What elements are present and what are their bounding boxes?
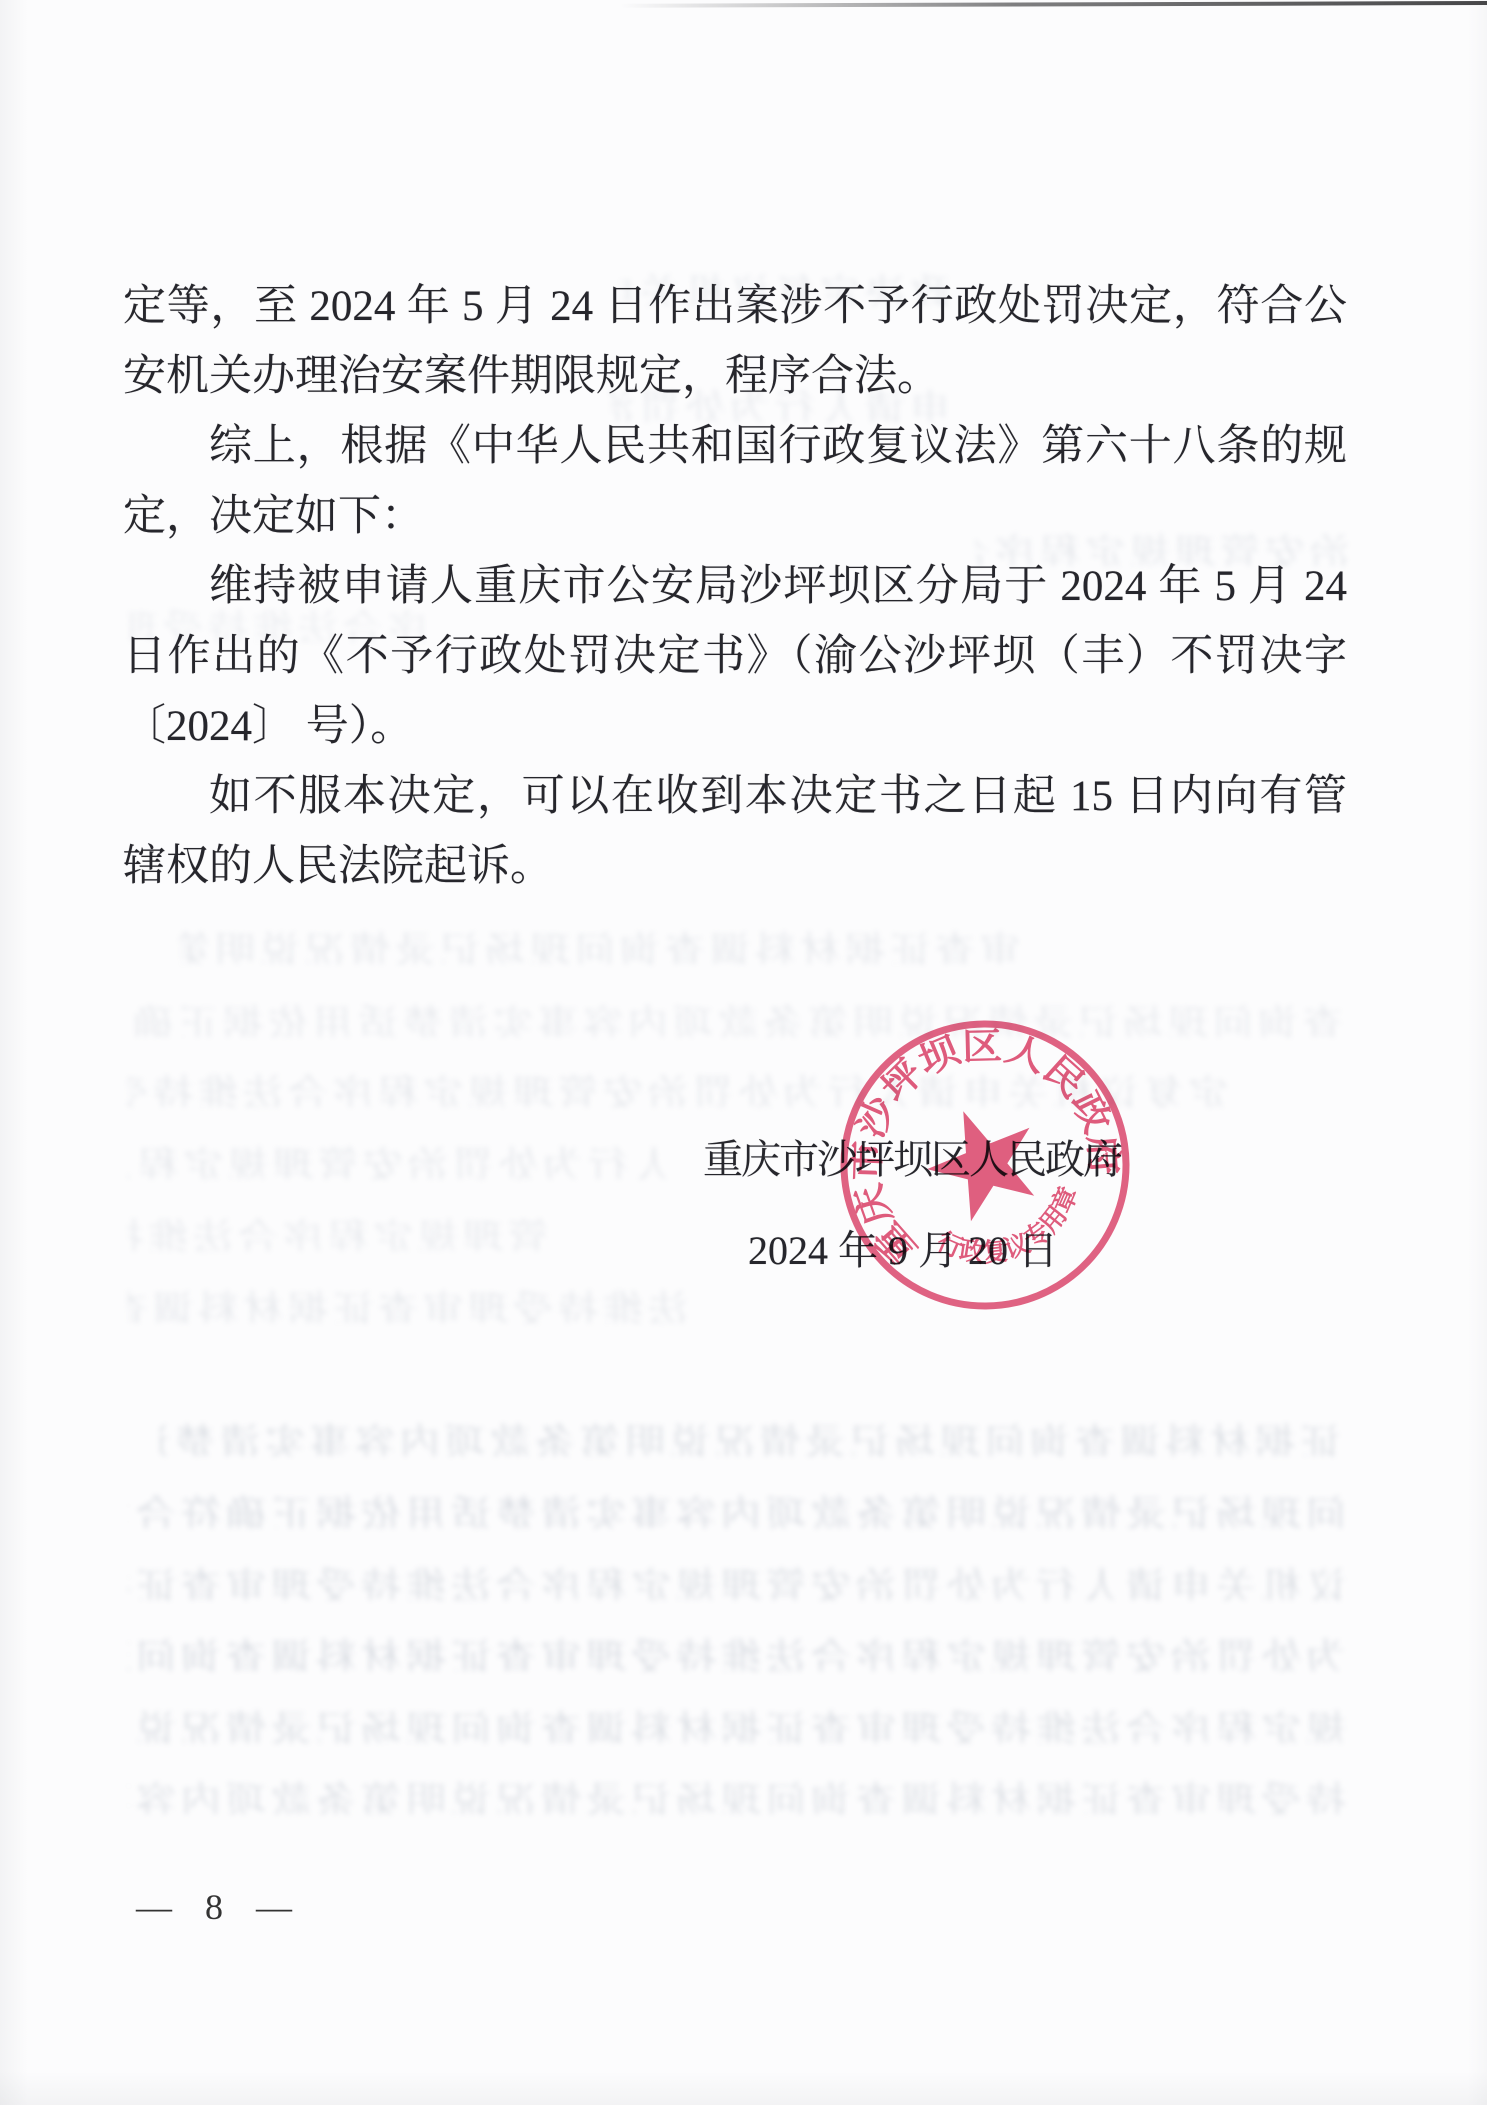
bleedthrough-line: 法维持受理审查证据材料调查询问现场记录情况说明第条款项内容事实清楚适用依据正确符 (128, 1279, 688, 1323)
body-text-line: 安机关办理治安案件期限规定，程序合法。 (123, 351, 1347, 403)
body-text-line: 定等，至 2024 年 5 月 24 日作出案涉不予行政处罚决定，符合公 (123, 281, 1347, 333)
bleedthrough-line: 查询问现场记录情况说明第条款项内容事实清楚适用依据正确符合法定权限和程序本机关认 (128, 993, 1343, 1037)
bleedthrough-line: 管理规定程序合法维持受理审查证据材料调查询问现场记录情况说明第条款项内容事实清楚 (128, 1207, 548, 1251)
bleedthrough-line: 问现场记录情况说明第条款项内容事实清楚适用依据正确符合法定权限和程序本机关认为上 (128, 1484, 1346, 1528)
page-number: — 8 — (136, 1886, 296, 1928)
scanned-document-page: 政决定复议机关申请人行为处罚治安管理规定程序合法维持受理审查证据材料调查询问现场… (0, 0, 1487, 2105)
body-text-line: 如不服本决定，可以在收到本决定书之日起 15 日内向有管 (123, 771, 1347, 823)
bleedthrough-line: 议机关申请人行为处罚治安管理规定程序合法维持受理审查证据材料调查询问现场记录情况 (128, 1556, 1346, 1600)
body-text-line: 综上，根据《中华人民共和国行政复议法》第六十八条的规 (123, 421, 1347, 473)
scan-edge-artifact (620, 1, 1487, 8)
body-text-line: 日作出的《不予行政处罚决定书》（渝公沙坪坝（丰）不罚决字 (123, 631, 1347, 683)
bleedthrough-line: 人行为处罚治安管理规定程序合法维持受理审查证据材料调查询问现场记录情况说明第条款 (128, 1135, 673, 1179)
seal-star-icon (912, 1091, 1054, 1230)
bleedthrough-line: 规定程序合法维持受理审查证据材料调查询问现场记录情况说明第条款项内容事实清楚适用 (128, 1699, 1346, 1743)
body-text-line: 〔2024〕 号）。 (123, 701, 1347, 753)
bleedthrough-line: 为处罚治安管理规定程序合法维持受理审查证据材料调查询问现场记录情况说明第条款项内 (128, 1627, 1346, 1671)
bleedthrough-line: 持受理审查证据材料调查询问现场记录情况说明第条款项内容事实清楚适用依据正确符合法 (128, 1770, 1346, 1814)
bleedthrough-line: 证据材料调查询问现场记录情况说明第条款项内容事实清楚适用依据正确符合法定权限和程 (160, 1412, 1340, 1456)
body-text-line: 定，决定如下： (123, 491, 1347, 543)
body-text-line: 维持被申请人重庆市公安局沙坪坝区分局于 2024 年 5 月 24 (123, 561, 1347, 613)
bleedthrough-line: 审查证据材料调查询问现场记录情况说明第条款项内容事实清楚适用依据正确符合法定权限 (180, 920, 1020, 964)
body-text-line: 辖权的人民法院起诉。 (123, 841, 1347, 893)
